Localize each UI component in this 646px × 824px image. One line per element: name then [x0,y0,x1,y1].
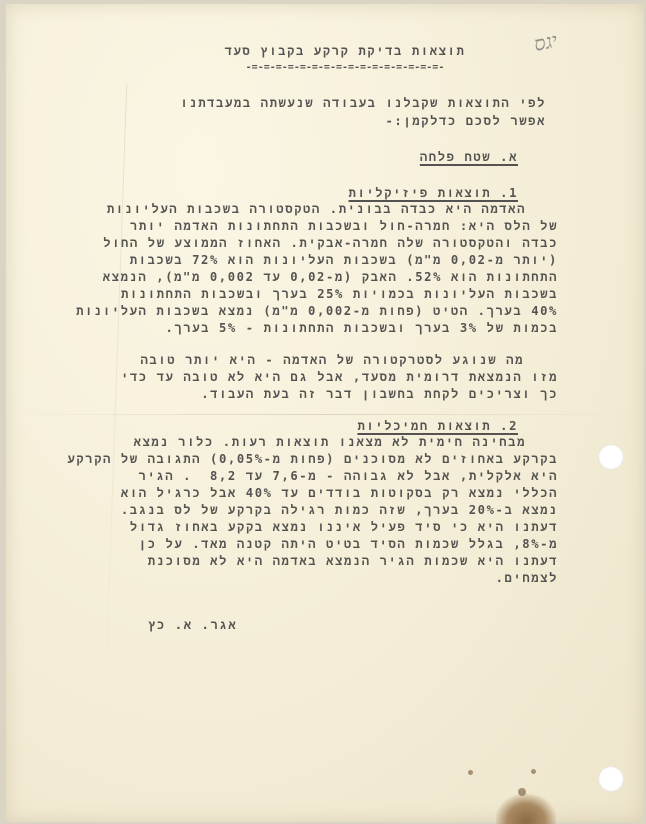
stain-spot [518,788,526,796]
punch-hole [598,766,624,792]
text-line: הכללי נמצא רק בסקוטות בודדים עד 40% אבל … [121,486,558,501]
text-line: 40% בערך. הטיט (פחות מ-0,002 מ"מ) נמצא ב… [76,304,558,319]
text-line: מבחינה חימית לא מצאנו תוצאות רעות. כלור … [134,435,526,450]
text-line: התחתונות הוא 52%. האבק (מ-0,02 עד 0,002 … [103,270,558,285]
title-rule: -=-=-=-=-=-=-=-=-=-=-=-=-=-=-=-=- [190,62,500,73]
text-line: מה שנוגע לסטרקטורה של האדמה - היא יותר ט… [140,353,524,368]
text-line: (יותר מ-0,02 מ"מ) בשכבות העליונות הוא 72… [130,253,558,268]
text-line: האדמה היא כבדה בבונית. הטקסטורה בשכבות ה… [107,202,526,217]
intro-line: אפשר לסכם כדלקמן:- [385,114,546,129]
stain-spot [531,769,536,774]
text-line: כבדה והטקסטורה שלה חמרה-אבקית. האחוז הממ… [103,236,558,251]
text-line: היא אלקלית, אבל לא גבוהה - מ-7,6 עד 8,2 … [139,469,558,484]
handwritten-mark: יגס [532,28,560,57]
text-line: בשכבות העליונות בכמויות 25% בערך ובשכבות… [121,287,558,302]
intro-line: לפי התוצאות שקבלנו בעבודה שנעשתה במעבדתנ… [180,96,546,111]
text-line: דעתנו היא כי סיד פעיל איננו נמצא בקקע בא… [130,520,558,535]
text-line: מזו הנמצאת דרומית מסעד, אבל גם היא לא טו… [121,370,558,385]
text-line: בקרקע באחוזים לא מסוכנים (פחות מ-0,05%) … [67,452,558,467]
punch-hole [598,444,624,470]
text-line: מ-8%, בגלל שכמות הסיד בטיט היתה קטנה מאד… [139,537,558,552]
stain [496,794,556,824]
paper-crease [6,414,644,415]
text-line: של הלס היא: חמרה-חול ובשכבות התחתונות הא… [130,219,558,234]
text-line: לצמחים. [496,571,558,586]
section-2-heading: 2. תוצאות חמיכליות [357,419,518,434]
text-line: בכמות של 3% בערך ובשכבות התחתונות - 5% ב… [165,321,558,336]
text-line: נמצא ב-20% בערך, שזה כמות רגילה בקרקע של… [121,503,558,518]
document-title: תוצאות בדיקת קרקע בקבוץ סעד [190,44,500,59]
text-line: כך וצריכים לקחת בחשבון דבר זה בעת העבוד. [201,387,558,402]
section-a-heading: א. שטח פלחה [420,150,518,165]
text-line: דעתנו היא שכמות הגיר הנמצא באדמה היא לא … [148,554,558,569]
paper-crease [102,84,127,784]
section-1-heading: 1. תוצאות פיזיקליות [349,186,518,201]
document-page: יגס [6,4,644,822]
signature: אגר. א. כץ [148,618,237,633]
stain-spot [468,770,473,775]
